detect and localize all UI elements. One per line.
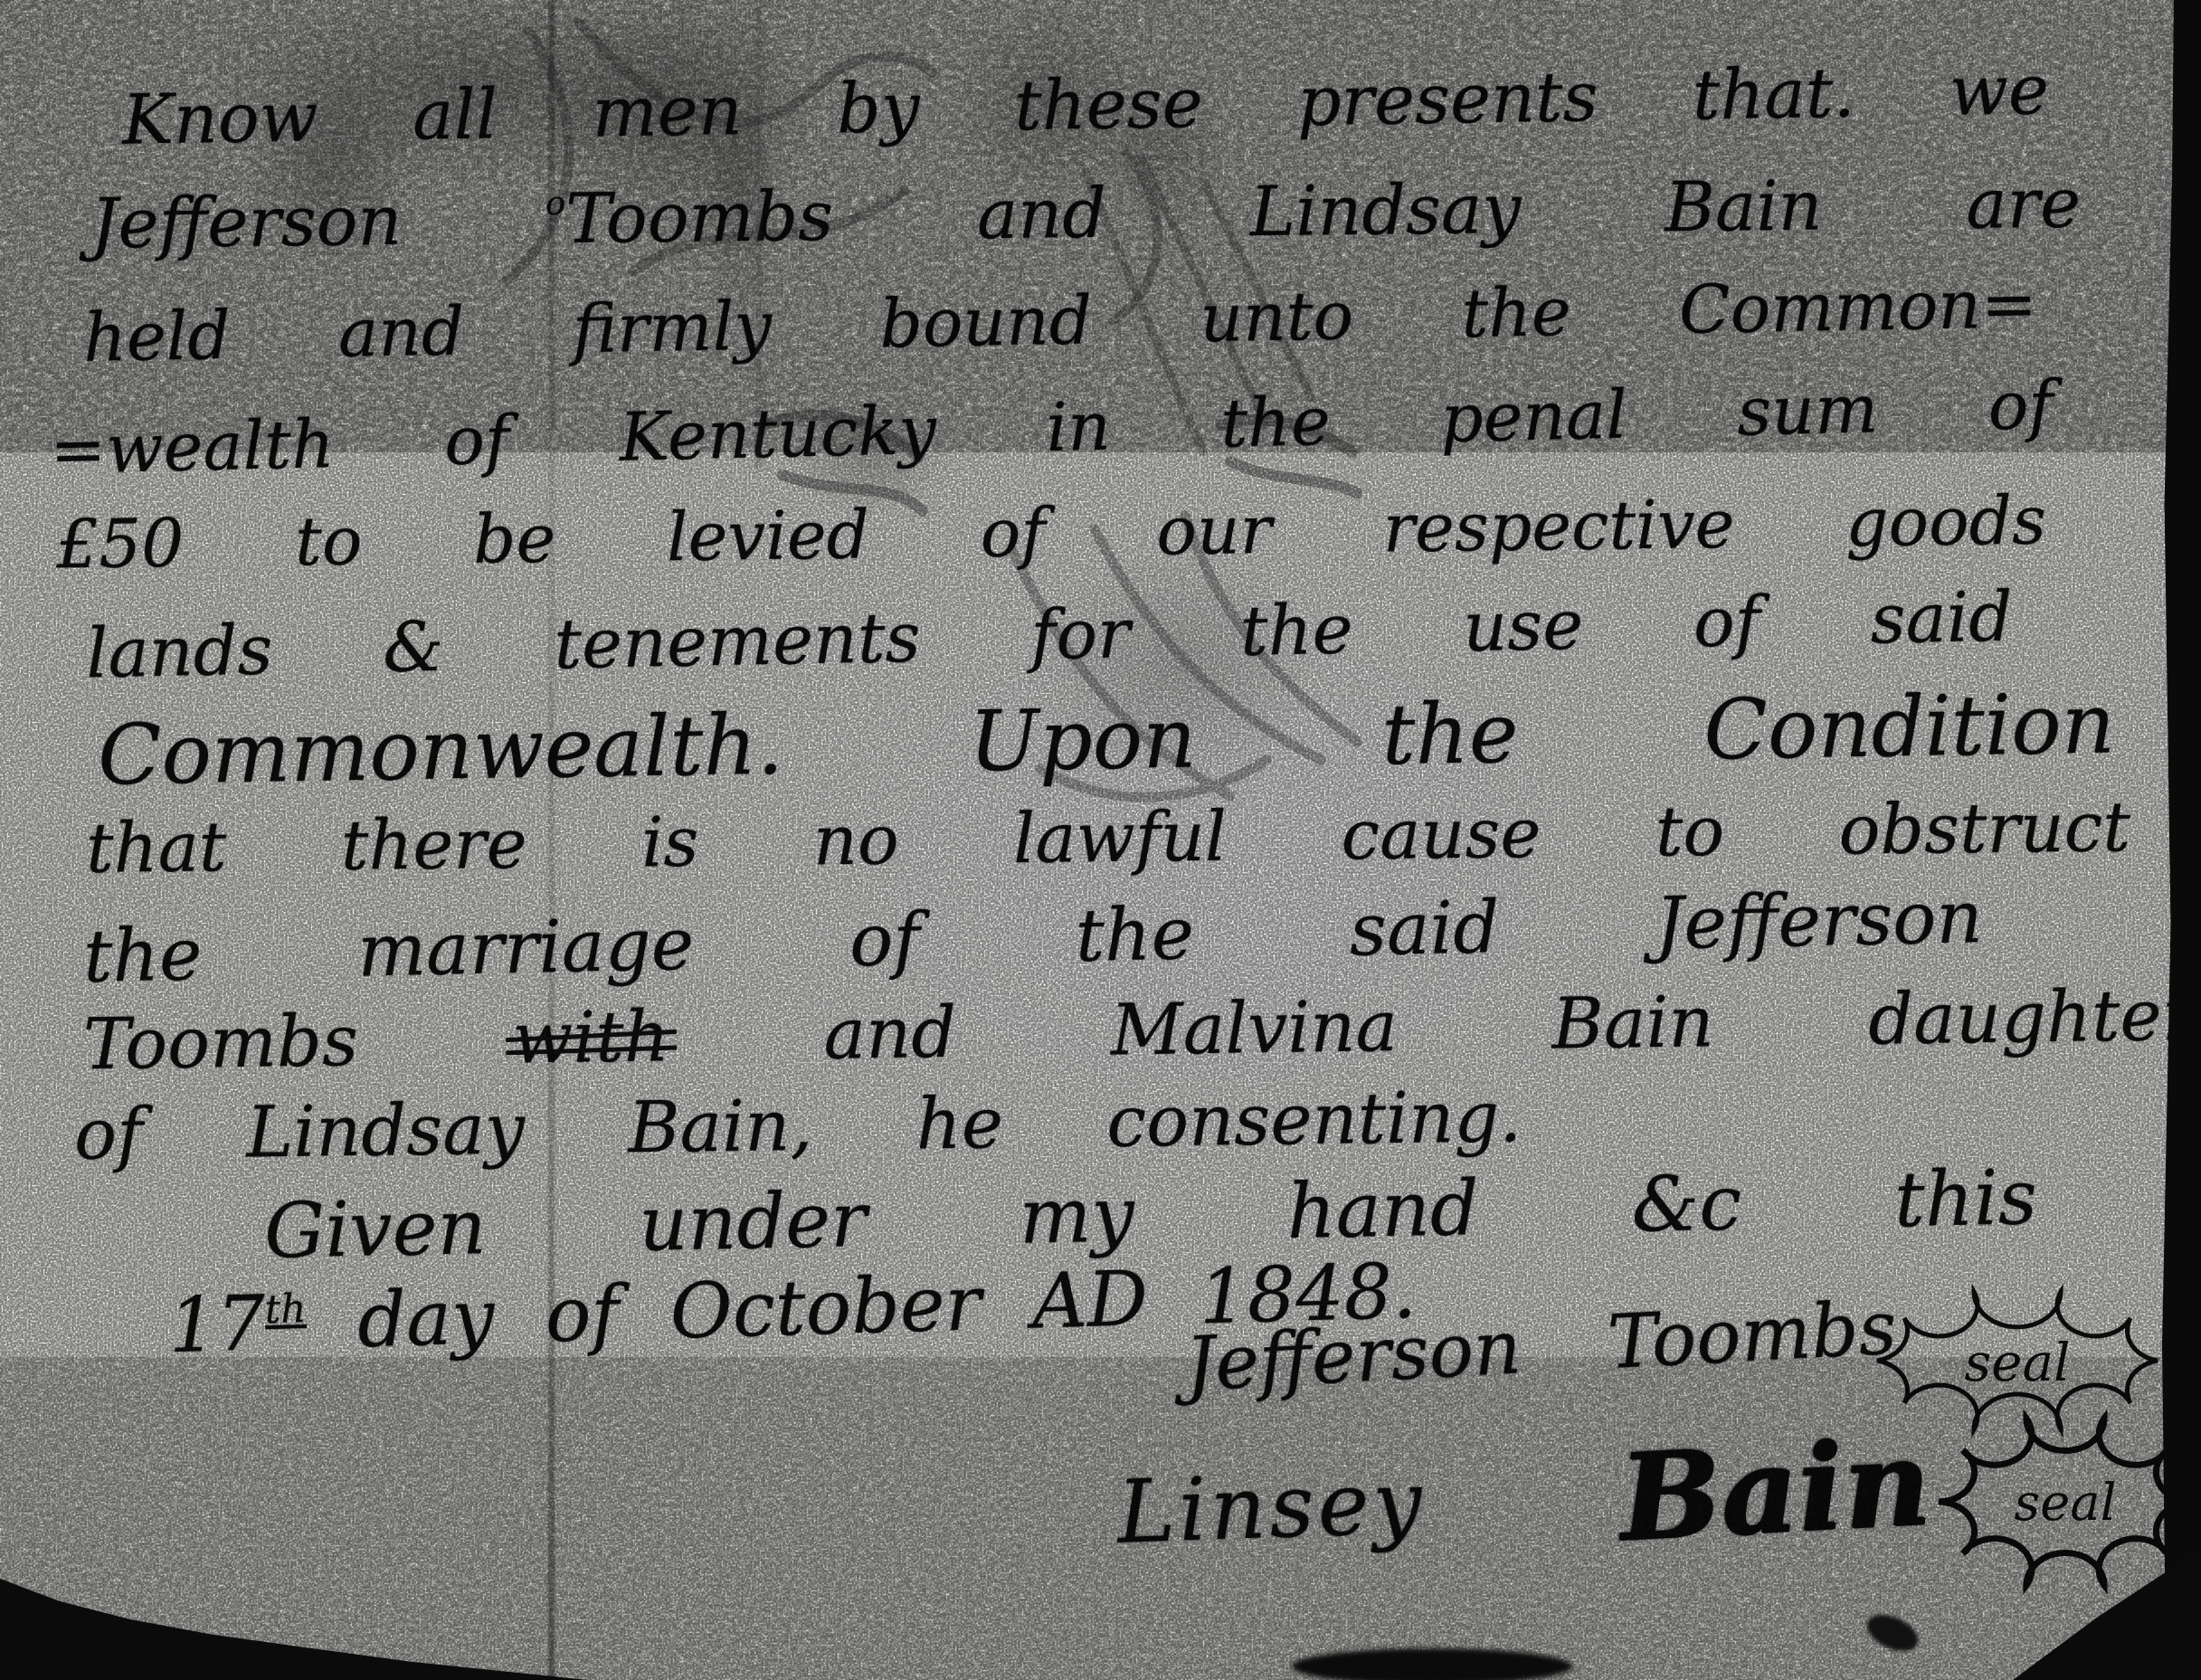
word: daughter <box>1868 981 2196 1056</box>
document-line: JeffersonoToombsandLindsayBainare <box>90 168 2082 258</box>
word: in <box>1046 394 1112 462</box>
word: oToombs <box>546 182 834 253</box>
word: and <box>977 179 1107 249</box>
word: sum <box>1736 375 1878 446</box>
word: bound <box>879 287 1093 357</box>
word: of <box>74 1099 144 1171</box>
word: Commonwealth. <box>97 704 783 798</box>
word: the <box>1381 692 1519 777</box>
word: Know <box>122 82 319 154</box>
word: Upon <box>968 697 1196 783</box>
word: Common= <box>1678 271 2037 344</box>
document-line: Givenundermyhand&cthis <box>263 1159 2037 1269</box>
word: to <box>1655 797 1724 867</box>
word: Lindsay <box>1249 175 1521 246</box>
word: Kentucky <box>619 397 937 471</box>
word: that <box>86 812 227 883</box>
document-line: =wealthofKentuckyinthepenalsumof <box>49 372 2054 484</box>
word: these <box>1013 69 1203 140</box>
word: is <box>641 808 699 878</box>
word: all <box>413 80 498 149</box>
word: Toombs <box>83 1006 359 1080</box>
word: of <box>849 904 920 978</box>
word: day <box>356 1278 496 1358</box>
word: use <box>1462 591 1583 662</box>
document-line: thatthereisnolawfulcausetoobstruct <box>86 793 2131 883</box>
word: there <box>340 810 527 880</box>
word: unto <box>1200 282 1354 352</box>
document-line: themarriageofthesaidJefferson <box>82 881 1983 993</box>
smudge <box>208 27 452 308</box>
seal-label: seal <box>2014 1474 2116 1533</box>
word: be <box>473 506 556 574</box>
word: Jefferson <box>1655 881 1984 961</box>
ink-blot <box>1862 1608 1924 1658</box>
word: and <box>337 299 464 367</box>
word: said <box>1349 891 1500 966</box>
word: to <box>295 508 363 575</box>
word: that. <box>1692 59 1855 130</box>
word: goods <box>1845 488 2047 557</box>
word: my <box>1019 1176 1135 1254</box>
document-line: ofLindsayBain,heconsenting. <box>74 1082 1523 1171</box>
word: the <box>1239 595 1353 666</box>
word: AD <box>1031 1260 1149 1340</box>
word: Lindsay <box>246 1095 525 1169</box>
word: the <box>82 918 203 993</box>
fold-crease <box>548 0 555 1680</box>
word: no <box>812 805 898 875</box>
word: firmly <box>572 293 773 364</box>
word: for <box>1029 599 1131 669</box>
word: of <box>980 499 1046 567</box>
word: the <box>1220 388 1332 458</box>
word: of <box>1988 372 2054 441</box>
word: 17th <box>167 1284 308 1363</box>
word: consenting. <box>1106 1082 1522 1158</box>
word: men <box>592 76 743 147</box>
document-line: lands&tenementsfortheuseofsaid <box>85 583 2013 688</box>
word: of <box>1693 587 1760 657</box>
scanned-document: Knowallmenbythesepresentsthat.weJefferso… <box>0 0 2201 1680</box>
word: =wealth <box>49 411 335 484</box>
word: obstruct <box>1838 793 2130 864</box>
word: this <box>1893 1159 2037 1238</box>
word: penal <box>1439 382 1627 453</box>
word: £50 <box>56 510 185 579</box>
signature-linsey: Linsey <box>1115 1458 1427 1556</box>
seal-label: seal <box>1964 1332 2070 1393</box>
word: under <box>638 1182 867 1262</box>
word: Given <box>263 1189 487 1269</box>
word: he <box>916 1088 1003 1160</box>
word: Bain <box>1665 171 1823 242</box>
word: are <box>1966 168 2081 238</box>
word: with <box>512 1001 669 1074</box>
word: hand <box>1286 1170 1480 1249</box>
word: levied <box>666 501 869 571</box>
word: marriage <box>356 908 694 988</box>
torn-corner-bottom-left <box>0 1579 588 1680</box>
word: of <box>545 1275 621 1353</box>
document-line: £50tobeleviedofourrespectivegoods <box>56 488 2047 579</box>
document-line: ToombswithandMalvinaBaindaughter <box>83 981 2196 1081</box>
word: tenements <box>554 603 921 679</box>
word: October <box>669 1265 982 1350</box>
word: lands <box>85 615 273 688</box>
word: of <box>443 407 510 476</box>
word: our <box>1156 497 1272 565</box>
word: &c <box>1631 1164 1742 1242</box>
word: and <box>823 998 957 1070</box>
word: Bain, <box>628 1091 813 1163</box>
word: said <box>1870 583 2014 654</box>
ink-blot <box>1292 1648 1572 1680</box>
word: respective <box>1382 491 1735 563</box>
scanner-edge-right <box>2162 0 2201 1680</box>
document-line: Commonwealth.UpontheCondition <box>97 682 2115 797</box>
superscript-insert: th <box>264 1286 307 1333</box>
word: lawful <box>1013 802 1228 873</box>
word: we <box>1949 55 2049 126</box>
word: presents <box>1296 62 1599 136</box>
word: cause <box>1341 799 1542 869</box>
fold-crease <box>756 0 761 470</box>
word: Jefferson <box>90 186 403 259</box>
word: by <box>836 73 920 143</box>
word: & <box>382 612 444 682</box>
word: Bain <box>1551 987 1714 1059</box>
word: held <box>83 302 232 372</box>
word: the <box>1075 897 1195 973</box>
word: the <box>1461 279 1571 347</box>
word: Condition <box>1703 682 2116 772</box>
word: Malvina <box>1110 992 1398 1066</box>
